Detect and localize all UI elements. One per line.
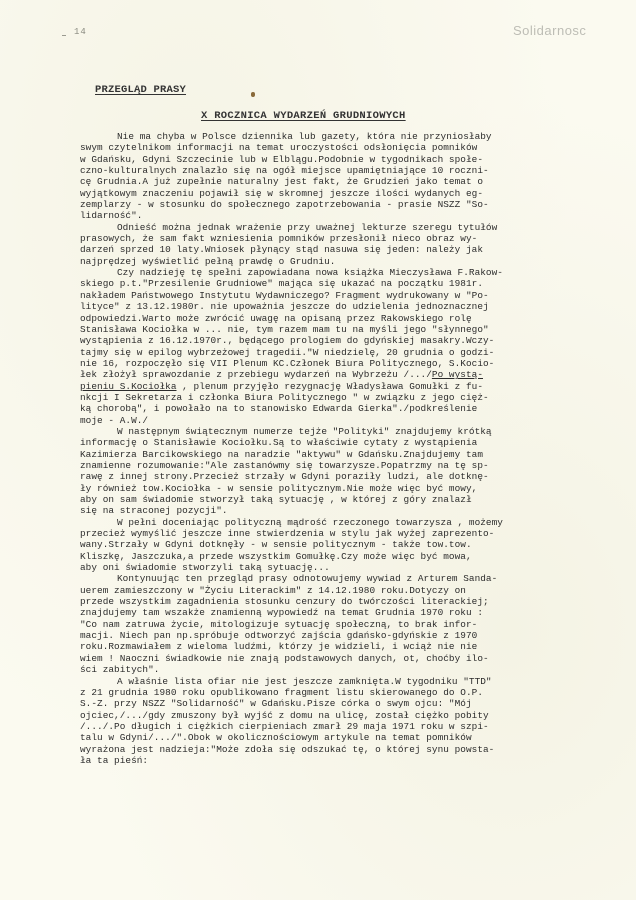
line-text: znajdujemy tam wszakże znamienną wypowie… xyxy=(80,607,483,618)
text-line: ła ta pieśń: xyxy=(80,755,620,766)
text-line: przede wszystkim zagadnienia stosunku ce… xyxy=(80,596,620,607)
text-line: prasowych, że sam fakt wzniesienia pomni… xyxy=(80,233,620,244)
text-line: wany.Strzały w Gdyni dotknęły - w sensie… xyxy=(80,539,620,550)
line-text: aby on sam świadomie stworzył taką sytua… xyxy=(80,494,472,505)
line-text: wyjątkowym znaczeniu pojawił się w skrom… xyxy=(80,188,483,199)
text-line: ojciec,/.../gdy zmuszony był wyjść z dom… xyxy=(80,710,620,721)
text-line: Kontynuując ten przegląd prasy odnotowuj… xyxy=(80,573,620,584)
line-text: lidarność". xyxy=(80,210,142,221)
line-text: , plenum przyjęło rezygnację Władysława … xyxy=(177,381,484,392)
line-text: /.../.Po długich i ciężkich cierpieniach… xyxy=(80,721,489,732)
text-line: wyjątkowym znaczeniu pojawił się w skrom… xyxy=(80,188,620,199)
line-text: w Gdańsku, Gdyni Szczecinie lub w Elbląg… xyxy=(80,154,483,165)
line-text: skiego p.t."Przesilenie Grudniowe" mając… xyxy=(80,278,483,289)
text-line: cę Grudnia.A już zupełnie naturalny jest… xyxy=(80,176,620,187)
text-line: znajdujemy tam wszakże znamienną wypowie… xyxy=(80,607,620,618)
article-body: Nie ma chyba w Polsce dziennika lub gaze… xyxy=(80,131,620,766)
line-text: ła ta pieśń: xyxy=(80,755,148,766)
line-text: znamienne rozumowanie:"Ale zastanówmy si… xyxy=(80,460,489,471)
line-text: tajmy się w epilog wybrzeżowej tragedii.… xyxy=(80,347,494,358)
text-line: pieniu S.Kociołka , plenum przyjęło rezy… xyxy=(80,381,620,392)
text-line: Kazimierza Barcikowskiego na naradzie "a… xyxy=(80,449,620,460)
line-text: przecież wymyślić jeszcze inne stwierdze… xyxy=(80,528,494,539)
line-text: Kazimierza Barcikowskiego na naradzie "a… xyxy=(80,449,483,460)
text-line: lidarność". xyxy=(80,210,620,221)
underlined-text: Po wystą- xyxy=(432,369,483,380)
text-line: nakładem Państwowego Instytutu Wydawnicz… xyxy=(80,290,620,301)
line-text: aby oni świadomie stworzyli taką sytuacj… xyxy=(80,562,330,573)
text-line: łek złożył sprawozdanie z przebiegu wyda… xyxy=(80,369,620,380)
line-text: wiem ! Naoczni świadkowie nie znają pods… xyxy=(80,653,489,664)
watermark: Solidarnosc xyxy=(513,23,586,38)
line-text: zemplarzy - w stosunku do społecznego za… xyxy=(80,199,489,210)
text-line: ły również tow.Kociołka - w sensie polit… xyxy=(80,483,620,494)
text-line: czno-kulturalnych znalazło się na ogół m… xyxy=(80,165,620,176)
line-text: macji. Niech pan np.spróbuje odtworzyć z… xyxy=(80,630,477,641)
line-text: "Co nam zatruwa życie, mitologizuje sytu… xyxy=(80,619,477,630)
text-line: znamienne rozumowanie:"Ale zastanówmy si… xyxy=(80,460,620,471)
text-line: wystąpienia z 16.12.1970r., będącego pro… xyxy=(80,335,620,346)
text-line: przecież wymyślić jeszcze inne stwierdze… xyxy=(80,528,620,539)
line-text: ojciec,/.../gdy zmuszony był wyjść z dom… xyxy=(80,710,489,721)
line-text: Stanisława Kociołka w ... nie, tym razem… xyxy=(80,324,489,335)
text-line: wiem ! Naoczni świadkowie nie znają pods… xyxy=(80,653,620,664)
line-text: nie 16, rozpoczęło się VII Plenum KC.Czł… xyxy=(80,358,494,369)
line-text: uerem zamieszczony w "Życiu Literackim" … xyxy=(80,585,466,596)
text-line: /.../.Po długich i ciężkich cierpieniach… xyxy=(80,721,620,732)
line-text: nakładem Państwowego Instytutu Wydawnicz… xyxy=(80,290,489,301)
line-text: S.-Z. przy NSZZ "Solidarność" w Gdańsku.… xyxy=(80,698,472,709)
text-line: zemplarzy - w stosunku do społecznego za… xyxy=(80,199,620,210)
line-text: rawę z innej strony.Przecież strzały w G… xyxy=(80,471,489,482)
line-text: moje - A.W./ xyxy=(80,415,148,426)
line-text: prasowych, że sam fakt wzniesienia pomni… xyxy=(80,233,477,244)
document-page: 14 Solidarnosc PRZEGLĄD PRASY X ROCZNICA… xyxy=(0,0,636,900)
line-text: Kontynuując ten przegląd prasy odnotowuj… xyxy=(117,573,497,584)
text-line: talu w Gdyni/.../".Obok w okolicznościow… xyxy=(80,732,620,743)
ink-mark xyxy=(251,92,255,97)
line-text: czno-kulturalnych znalazło się na ogół m… xyxy=(80,165,489,176)
text-line: roku.Rozmawiałem z wieloma ludźmi, którz… xyxy=(80,641,620,652)
line-text: wyrażona jest nadzieja:"Może zdoła się o… xyxy=(80,744,494,755)
line-text: cę Grudnia.A już zupełnie naturalny jest… xyxy=(80,176,483,187)
text-line: aby oni świadomie stworzyli taką sytuacj… xyxy=(80,562,620,573)
text-line: rawę z innej strony.Przecież strzały w G… xyxy=(80,471,620,482)
page-number: 14 xyxy=(74,27,87,37)
text-line: skiego p.t."Przesilenie Grudniowe" mając… xyxy=(80,278,620,289)
line-text: W następnym świątecznym numerze tejże "P… xyxy=(117,426,492,437)
text-line: uerem zamieszczony w "Życiu Literackim" … xyxy=(80,585,620,596)
line-text: wystąpienia z 16.12.1970r., będącego pro… xyxy=(80,335,494,346)
line-text: się na straconej pozycji". xyxy=(80,505,228,516)
line-text: ły również tow.Kociołka - w sensie polit… xyxy=(80,483,477,494)
text-line: informację o Stanisławie Kociołku.Są to … xyxy=(80,437,620,448)
line-text: lityce" z 13.12.1980r. nie upoważnia jes… xyxy=(80,301,489,312)
line-text: odpowiedzi.Warto może zwrócić uwagę na o… xyxy=(80,313,472,324)
text-line: Odnieść można jednak wrażenie przy uważn… xyxy=(80,222,620,233)
line-text: Odnieść można jednak wrażenie przy uważn… xyxy=(117,222,497,233)
text-line: najprędzej wyświetlić pełną prawdę o Gru… xyxy=(80,256,620,267)
text-line: nie 16, rozpoczęło się VII Plenum KC.Czł… xyxy=(80,358,620,369)
text-line: macji. Niech pan np.spróbuje odtworzyć z… xyxy=(80,630,620,641)
text-line: się na straconej pozycji". xyxy=(80,505,620,516)
text-line: W pełni doceniając polityczną mądrość rz… xyxy=(80,517,620,528)
text-line: W następnym świątecznym numerze tejże "P… xyxy=(80,426,620,437)
line-text: Kliszkę, Jaszczuka,a przede wszystkim Go… xyxy=(80,551,472,562)
line-text: ści zabitych". xyxy=(80,664,159,675)
article-title: X ROCZNICA WYDARZEŃ GRUDNIOWYCH xyxy=(201,110,406,122)
line-text: roku.Rozmawiałem z wieloma ludźmi, którz… xyxy=(80,641,477,652)
text-line: lityce" z 13.12.1980r. nie upoważnia jes… xyxy=(80,301,620,312)
text-line: A właśnie lista ofiar nie jest jeszcze z… xyxy=(80,676,620,687)
line-text: wany.Strzały w Gdyni dotknęły - w sensie… xyxy=(80,539,472,550)
underlined-text: pieniu S.Kociołka xyxy=(80,381,177,392)
text-line: w Gdańsku, Gdyni Szczecinie lub w Elbląg… xyxy=(80,154,620,165)
text-line: aby on sam świadomie stworzył taką sytua… xyxy=(80,494,620,505)
line-text: ką chorobą", i powołało na to stanowisko… xyxy=(80,403,477,414)
text-line: Czy nadzieję tę spełni zapowiadana nowa … xyxy=(80,267,620,278)
text-line: swym czytelnikom informacji na temat uro… xyxy=(80,142,620,153)
text-line: moje - A.W./ xyxy=(80,415,620,426)
line-text: przede wszystkim zagadnienia stosunku ce… xyxy=(80,596,489,607)
line-text: A właśnie lista ofiar nie jest jeszcze z… xyxy=(117,676,492,687)
line-text: informację o Stanisławie Kociołku.Są to … xyxy=(80,437,477,448)
text-line: ści zabitych". xyxy=(80,664,620,675)
text-line: darzeń sprzed 10 laty.Wniosek płynący st… xyxy=(80,244,620,255)
text-line: Kliszkę, Jaszczuka,a przede wszystkim Go… xyxy=(80,551,620,562)
text-line: wyrażona jest nadzieja:"Może zdoła się o… xyxy=(80,744,620,755)
text-line: "Co nam zatruwa życie, mitologizuje sytu… xyxy=(80,619,620,630)
text-line: Nie ma chyba w Polsce dziennika lub gaze… xyxy=(80,131,620,142)
line-text: swym czytelnikom informacji na temat uro… xyxy=(80,142,477,153)
text-line: odpowiedzi.Warto może zwrócić uwagę na o… xyxy=(80,313,620,324)
text-line: tajmy się w epilog wybrzeżowej tragedii.… xyxy=(80,347,620,358)
line-text: talu w Gdyni/.../".Obok w okolicznościow… xyxy=(80,732,472,743)
section-heading: PRZEGLĄD PRASY xyxy=(95,84,186,96)
line-text: najprędzej wyświetlić pełną prawdę o Gru… xyxy=(80,256,335,267)
line-text: Czy nadzieję tę spełni zapowiadana nowa … xyxy=(117,267,503,278)
line-text: Nie ma chyba w Polsce dziennika lub gaze… xyxy=(117,131,492,142)
line-text: W pełni doceniając polityczną mądrość rz… xyxy=(117,517,503,528)
text-line: z 21 grudnia 1980 roku opublikowano frag… xyxy=(80,687,620,698)
text-line: ką chorobą", i powołało na to stanowisko… xyxy=(80,403,620,414)
line-text: darzeń sprzed 10 laty.Wniosek płynący st… xyxy=(80,244,483,255)
line-text: z 21 grudnia 1980 roku opublikowano frag… xyxy=(80,687,483,698)
text-line: Stanisława Kociołka w ... nie, tym razem… xyxy=(80,324,620,335)
text-line: nkcji I Sekretarza i członka Biura Polit… xyxy=(80,392,620,403)
text-line: S.-Z. przy NSZZ "Solidarność" w Gdańsku.… xyxy=(80,698,620,709)
line-text: nkcji I Sekretarza i członka Biura Polit… xyxy=(80,392,489,403)
line-text: łek złożył sprawozdanie z przebiegu wyda… xyxy=(80,369,432,380)
